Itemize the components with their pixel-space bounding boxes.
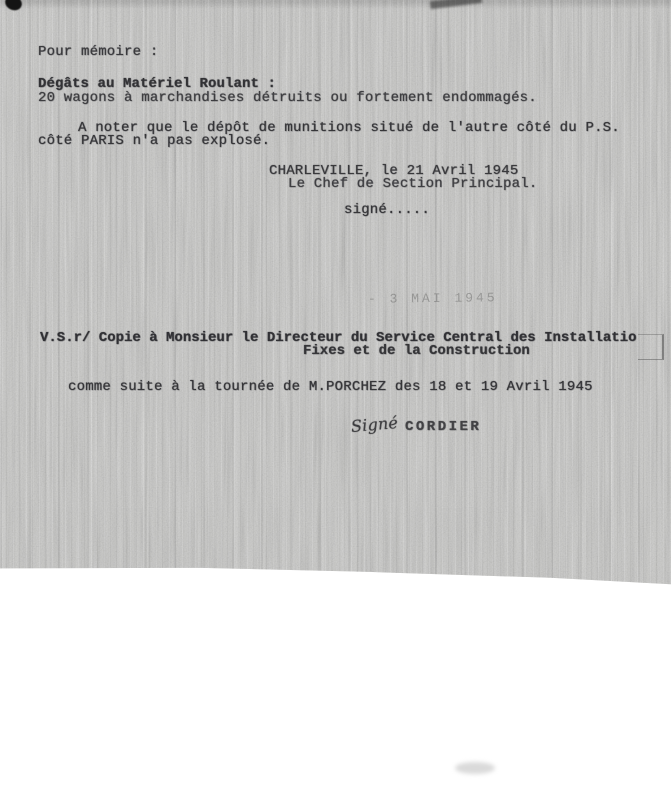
line-wagons: 20 wagons à marchandises détruits ou for… [38,91,537,105]
line-signe-dots: signé..... [344,203,430,217]
line-fixes-construction: Fixes et de la Construction [303,344,530,358]
line-chef-section: Le Chef de Section Principal. [288,177,537,191]
line-degats-heading: Dégâts au Matériel Roulant : [38,77,276,91]
page: { "document": { "kind": "scanned typewri… [0,0,671,800]
letter-body: Pour mémoire : Dégâts au Matériel Roulan… [0,0,671,586]
scanned-document: Pour mémoire : Dégâts au Matériel Roulan… [0,0,671,586]
line-cote-paris: côté PARIS n'a pas explosé. [38,134,270,148]
line-comme-suite: comme suite à la tournée de M.PORCHEZ de… [68,380,593,394]
signature-script-word: Signé [350,416,398,434]
line-pour-memoire: Pour mémoire : [38,45,158,59]
date-stamp: - 3 MAI 1945 [368,291,498,306]
signature-name: CORDIER [405,420,481,434]
margin-smudge [455,762,495,774]
